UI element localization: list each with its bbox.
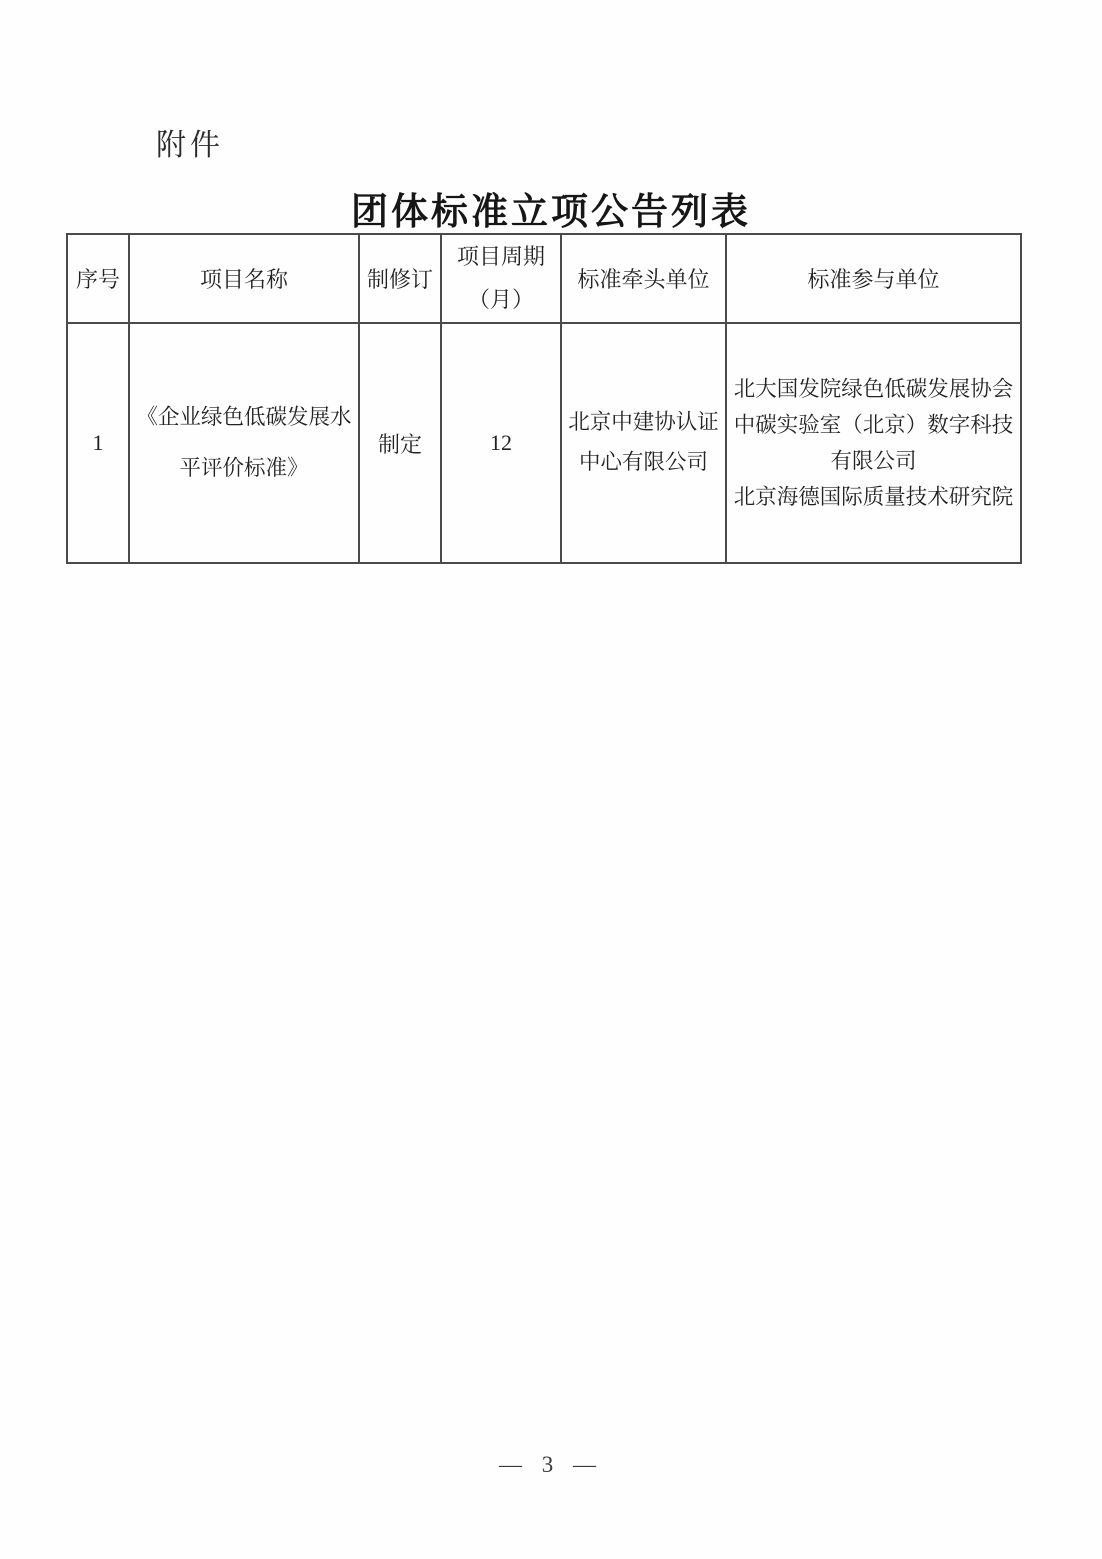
cell-lead-unit: 北京中建协认证中心有限公司 [561, 323, 726, 563]
participating-unit-1: 北大国发院绿色低碳发展协会 [727, 371, 1020, 407]
header-project-name: 项目名称 [129, 234, 359, 323]
header-lead-unit: 标准牵头单位 [561, 234, 726, 323]
header-participating-units: 标准参与单位 [726, 234, 1021, 323]
cell-revision-type: 制定 [359, 323, 441, 563]
cell-seq: 1 [67, 323, 129, 563]
cell-project-name: 《企业绿色低碳发展水平评价标准》 [129, 323, 359, 563]
header-project-cycle-line1: 项目周期 [442, 236, 560, 279]
page-number: — 3 — [0, 1452, 1102, 1478]
attachment-label: 附件 [156, 120, 224, 164]
header-revision-type: 制修订 [359, 234, 441, 323]
page-title: 团体标准立项公告列表 [0, 181, 1102, 235]
table-header-row: 序号 项目名称 制修订 项目周期 （月） 标准牵头单位 标准参与单位 [67, 234, 1021, 323]
header-project-cycle-line2: （月） [442, 279, 560, 322]
header-project-cycle-lines: 项目周期 （月） [442, 236, 560, 322]
participating-unit-2: 中碳实验室（北京）数字科技有限公司 [727, 407, 1020, 479]
header-seq: 序号 [67, 234, 129, 323]
header-project-cycle: 项目周期 （月） [441, 234, 561, 323]
document-page: 附件 团体标准立项公告列表 序号 项目名称 制修订 项目周期 （月） [0, 0, 1102, 1559]
cell-cycle-months: 12 [441, 323, 561, 563]
cell-participating-units: 北大国发院绿色低碳发展协会 中碳实验室（北京）数字科技有限公司 北京海德国际质量… [726, 323, 1021, 563]
standards-announcement-table: 序号 项目名称 制修订 项目周期 （月） 标准牵头单位 标准参与单位 1 《企业… [66, 233, 1022, 564]
table-row: 1 《企业绿色低碳发展水平评价标准》 制定 12 北京中建协认证中心有限公司 北… [67, 323, 1021, 563]
participating-unit-3: 北京海德国际质量技术研究院 [727, 479, 1020, 515]
